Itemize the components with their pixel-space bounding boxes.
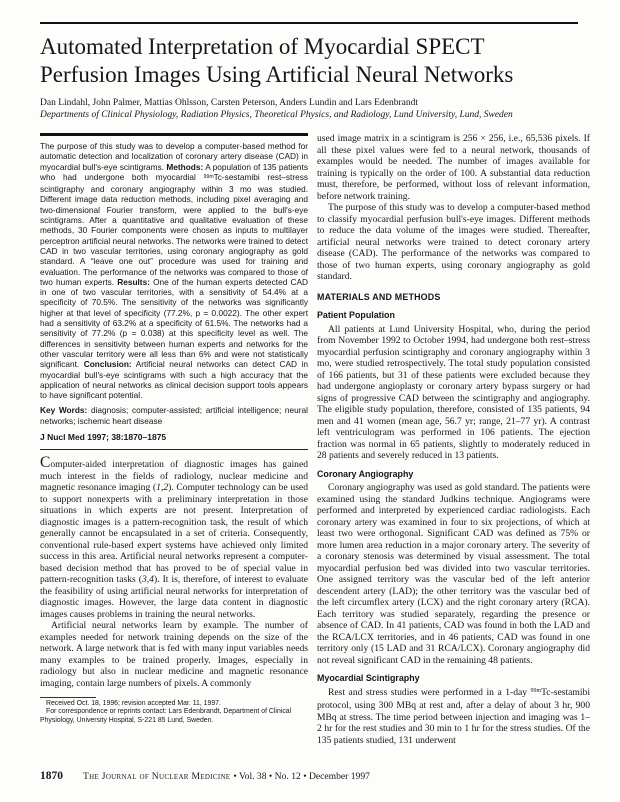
- page-title-line2: Perfusion Images Using Artificial Neural…: [40, 62, 513, 87]
- reference-3-4: 3,4: [142, 574, 154, 585]
- journal-issue: • Vol. 38 • No. 12 • December 1997: [233, 771, 370, 782]
- section-divider-rule: [40, 449, 308, 450]
- intro-paragraph-4: The purpose of this study was to develop…: [317, 202, 590, 283]
- journal-name: The Journal of Nuclear Medicine: [83, 771, 230, 782]
- abstract-rule: [40, 133, 308, 136]
- coronary-angiography-paragraph: Coronary angiography was used as gold st…: [317, 482, 590, 666]
- subheading-myocardial-scintigraphy: Myocardial Scintigraphy: [317, 673, 590, 685]
- footnote: Received Oct. 18, 1996; revision accepte…: [40, 697, 308, 725]
- intro-paragraph-2: Artificial neural networks learn by exam…: [40, 620, 308, 689]
- intro-paragraph-1: Computer-aided interpretation of diagnos…: [40, 458, 308, 620]
- intro-paragraph-3: used image matrix in a scintigram is 256…: [317, 133, 590, 202]
- subheading-patient-population: Patient Population: [317, 310, 590, 322]
- left-column: The purpose of this study was to develop…: [40, 133, 308, 746]
- abstract-results-text: One of the human experts detected CAD in…: [40, 277, 308, 369]
- abstract-results-label: Results:: [117, 277, 150, 287]
- intro-p1-b: ). Computer technology can be used to su…: [40, 482, 308, 585]
- page-title: Automated Interpretation of Myocardial S…: [40, 33, 590, 89]
- patient-population-paragraph: All patients at Lund University Hospital…: [317, 324, 590, 462]
- two-column-layout: The purpose of this study was to develop…: [40, 133, 590, 746]
- right-column: used image matrix in a scintigram is 256…: [317, 133, 590, 746]
- isotope-superscript-2: 99m: [531, 688, 542, 694]
- top-rule: [40, 22, 578, 24]
- journal-page: Automated Interpretation of Myocardial S…: [0, 0, 620, 802]
- keywords-paragraph: Key Words: diagnosis; computer-assisted;…: [40, 405, 308, 426]
- abstract-conclusion-label: Conclusion:: [84, 359, 132, 369]
- page-title-line1: Automated Interpretation of Myocardial S…: [40, 34, 485, 59]
- keywords-label: Key Words:: [40, 405, 87, 415]
- footnote-correspondence: For correspondence or reprints contact: …: [40, 708, 308, 725]
- footnote-received: Received Oct. 18, 1996; revision accepte…: [40, 700, 308, 708]
- isotope-superscript: 99m: [204, 174, 214, 180]
- page-number: 1870: [40, 770, 63, 782]
- abstract-methods-label: Methods:: [166, 162, 203, 172]
- affiliation: Departments of Clinical Physiology, Radi…: [40, 110, 590, 120]
- journal-citation: J Nucl Med 1997; 38:1870–1875: [40, 432, 308, 442]
- introduction-text: Computer-aided interpretation of diagnos…: [40, 458, 308, 689]
- page-footer: 1870 The Journal of Nuclear Medicine • V…: [40, 770, 600, 782]
- section-heading-materials-methods: MATERIALS AND METHODS: [317, 292, 590, 304]
- authors: Dan Lindahl, John Palmer, Mattias Ohlsso…: [40, 98, 590, 108]
- abstract-methods-text-b: Tc-sestamibi rest–stress scintigraphy an…: [40, 172, 308, 287]
- abstract-paragraph: The purpose of this study was to develop…: [40, 141, 308, 400]
- scintigraphy-text-a: Rest and stress studies were performed i…: [328, 687, 531, 698]
- right-column-text: used image matrix in a scintigram is 256…: [317, 133, 590, 746]
- subheading-coronary-angiography: Coronary Angiography: [317, 469, 590, 481]
- reference-1-2: 1,2: [156, 482, 168, 493]
- myocardial-scintigraphy-paragraph: Rest and stress studies were performed i…: [317, 687, 590, 747]
- drop-cap: C: [40, 454, 50, 471]
- footnote-rule: [40, 697, 96, 698]
